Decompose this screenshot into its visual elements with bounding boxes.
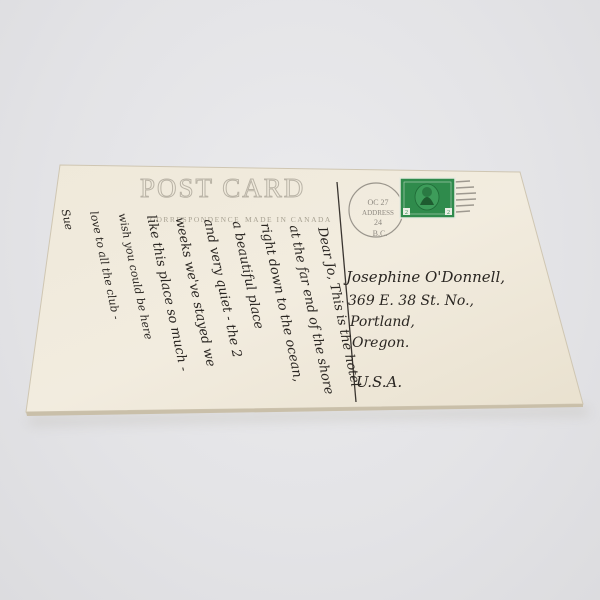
svg-text:Portland,: Portland,: [349, 314, 415, 330]
svg-text:Josephine O'Donnell,: Josephine O'Donnell,: [343, 268, 505, 286]
postcard: POST CARD CORRESPONDENCE MADE IN CANADA …: [0, 0, 600, 600]
svg-text:24: 24: [374, 218, 382, 227]
photo-scene: POST CARD CORRESPONDENCE MADE IN CANADA …: [0, 0, 600, 600]
svg-text:2: 2: [447, 210, 450, 216]
svg-text:B.C.: B.C.: [373, 229, 388, 238]
svg-text:369 E. 38 St. No.,: 369 E. 38 St. No.,: [348, 293, 474, 309]
postcard-heading: POST CARD: [140, 173, 305, 203]
svg-text:ADDRESS: ADDRESS: [362, 209, 394, 217]
svg-text:2: 2: [405, 210, 408, 216]
svg-text:CORRESPONDENCE: CORRESPONDENCE: [150, 215, 240, 224]
postage-stamp: 2 2: [400, 178, 455, 218]
svg-text:MADE IN CANADA: MADE IN CANADA: [245, 215, 332, 224]
svg-text:Oregon.: Oregon.: [352, 335, 409, 351]
svg-text:OC 27: OC 27: [367, 198, 388, 207]
